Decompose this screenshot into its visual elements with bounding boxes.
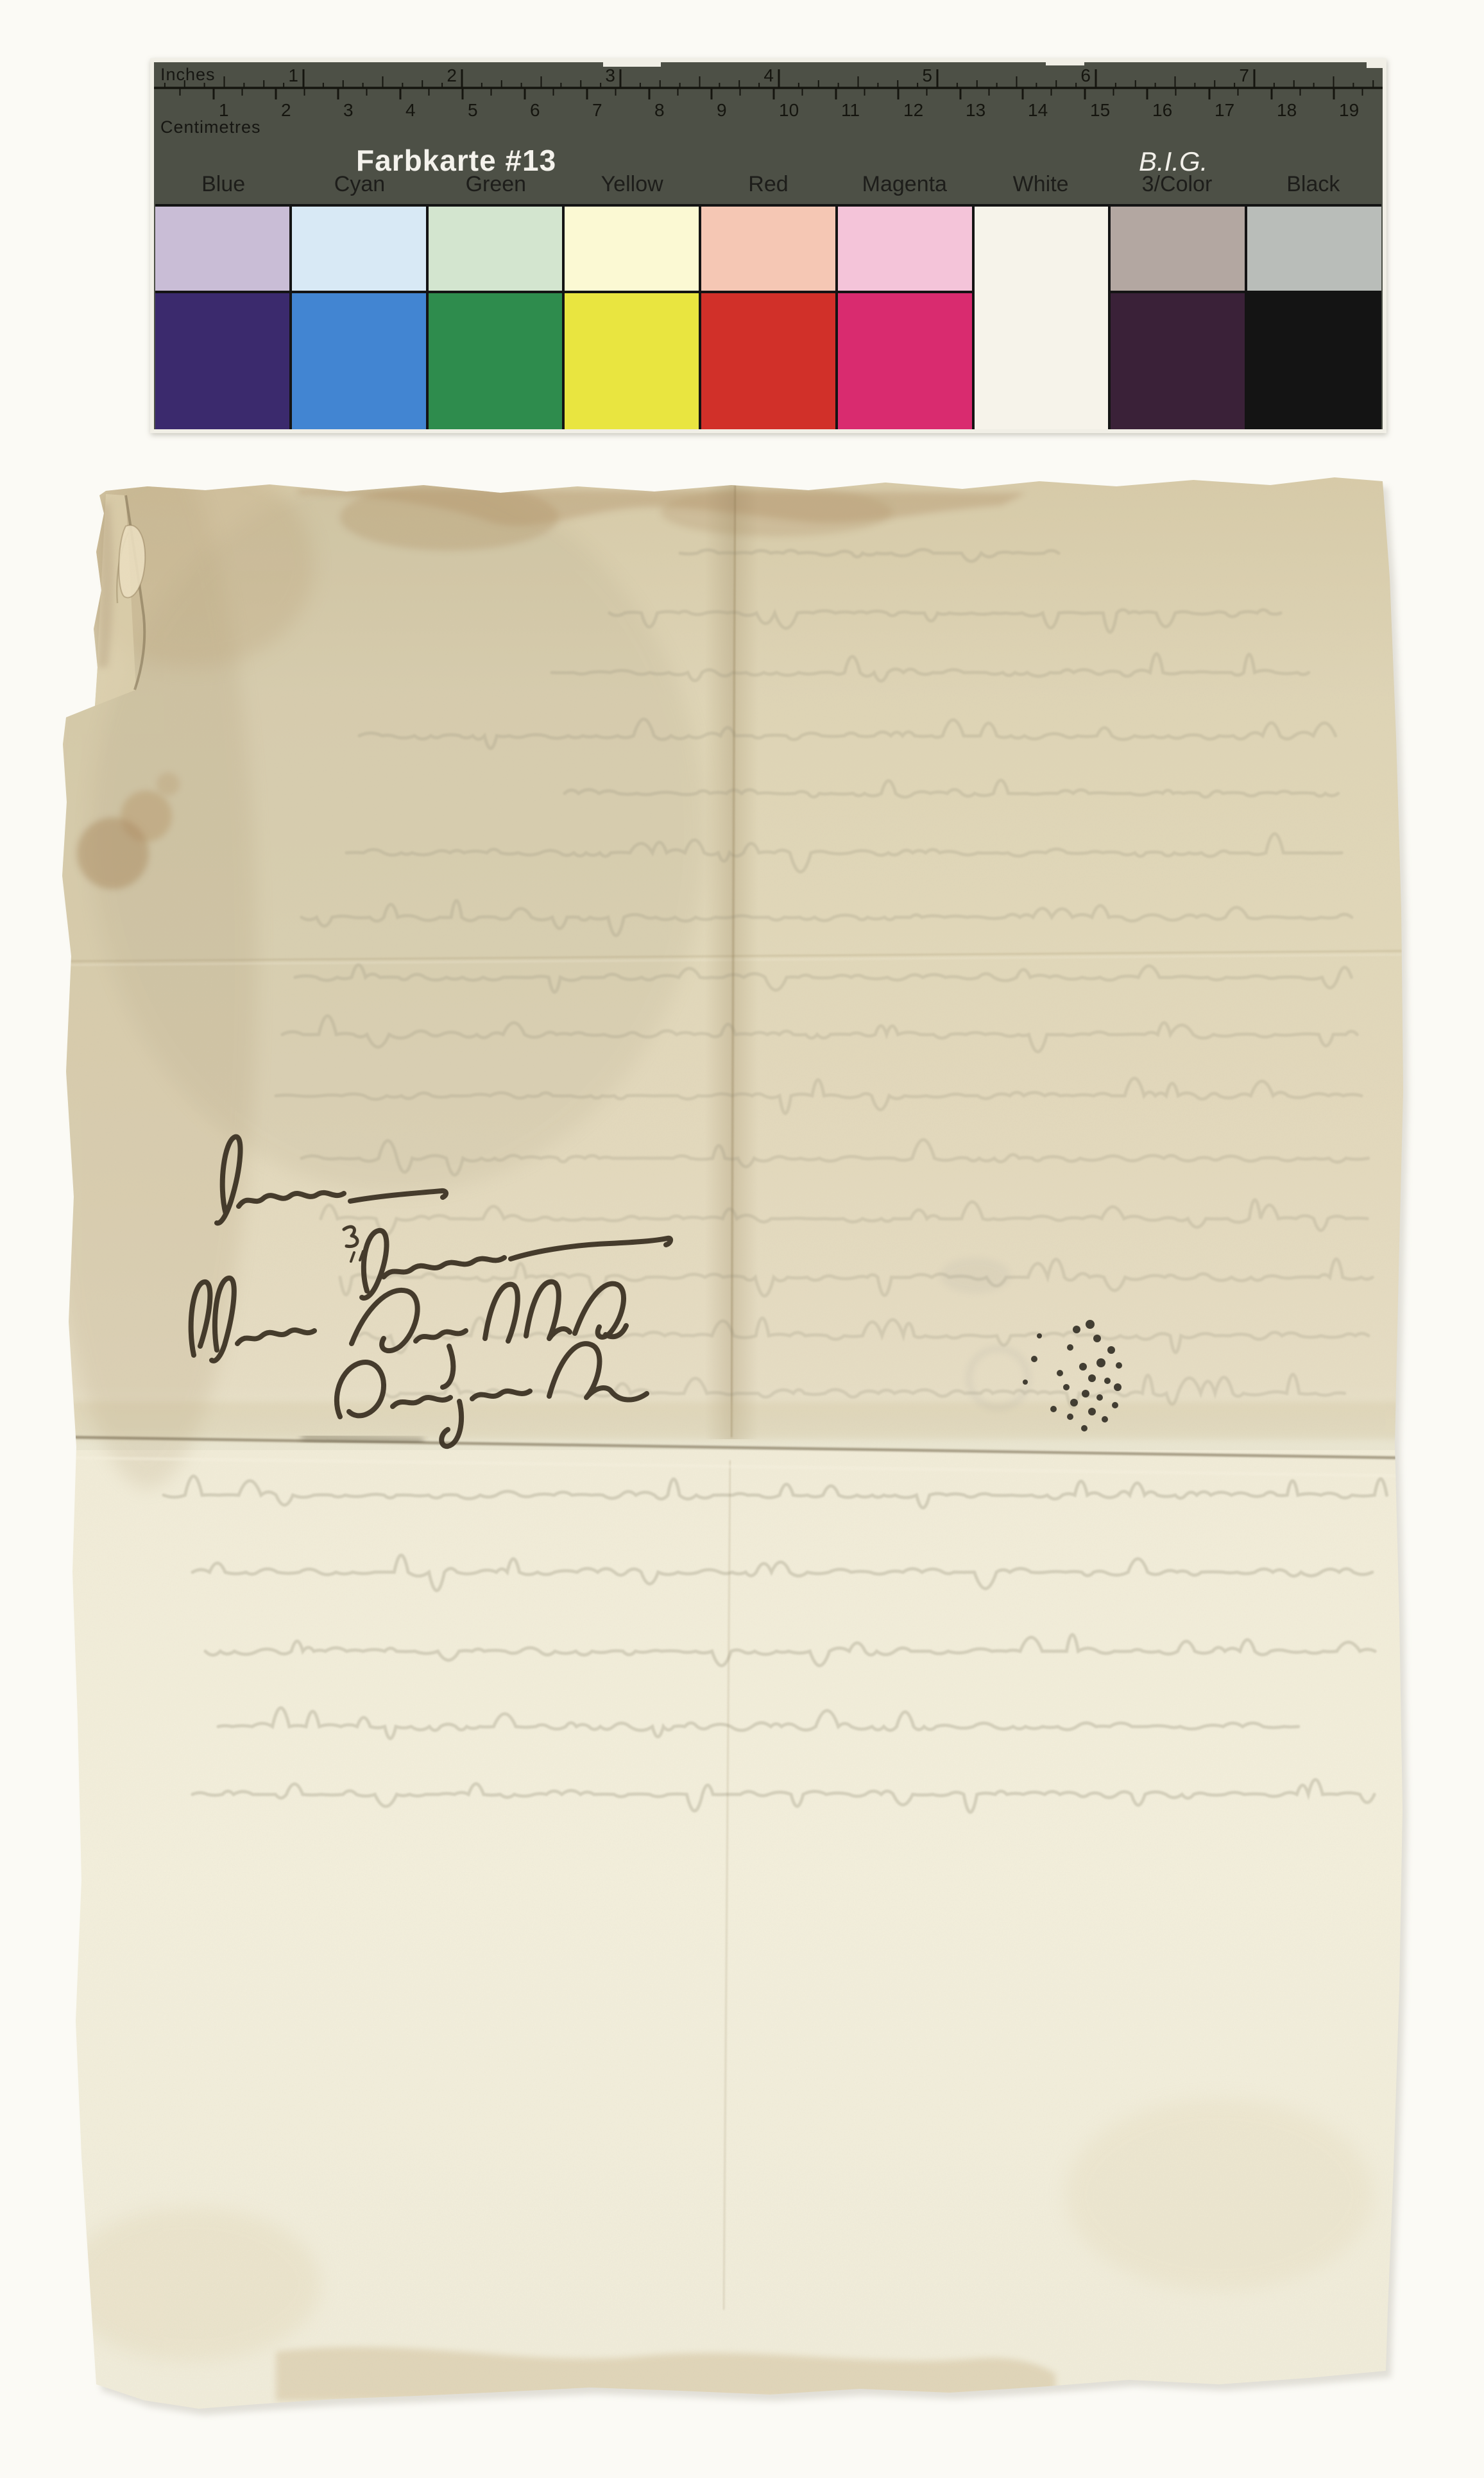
paper-grain	[58, 472, 1408, 2416]
photo-background: 123456712345678910111213141516171819 Inc…	[0, 0, 1484, 2478]
manuscript-document	[0, 0, 1484, 2478]
